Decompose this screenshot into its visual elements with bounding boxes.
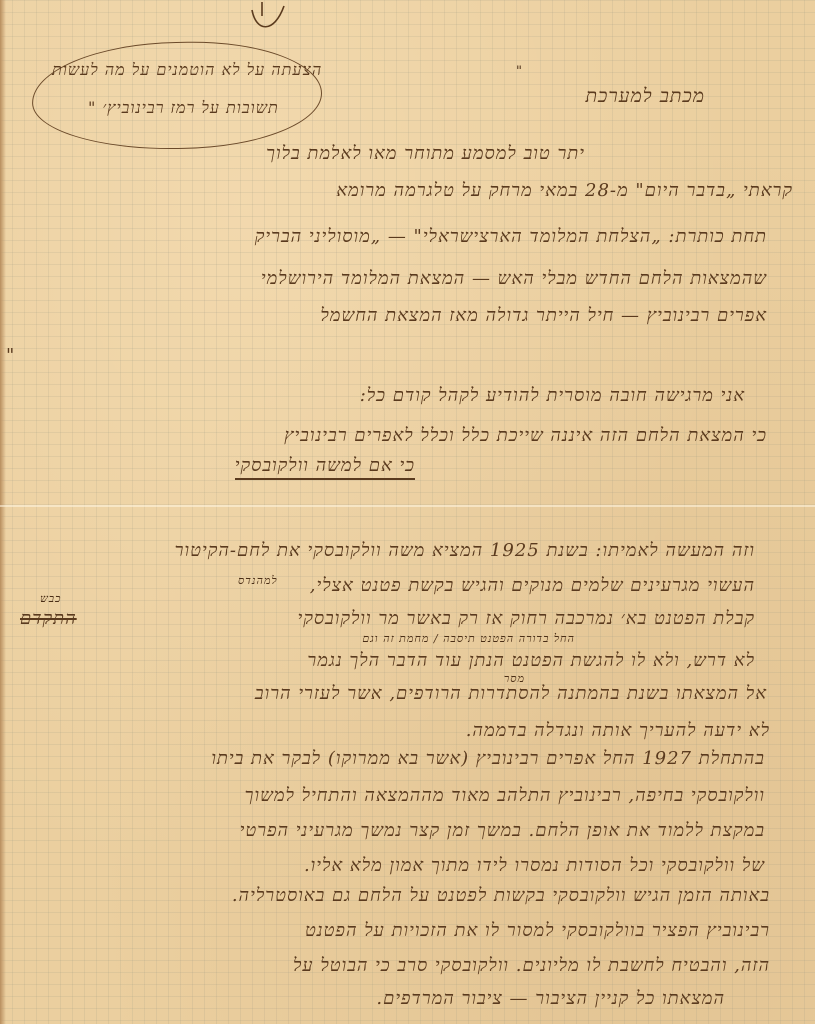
paper-edge-shadow xyxy=(0,0,6,1024)
line-11: העשוי מגרעינים שלמים מנוקים והגיש בקשת פ… xyxy=(310,575,755,596)
line-2: קראתי „בדבר היום" מ-28 במאי מרחק על טלגר… xyxy=(336,180,793,201)
line-12: קבלת הפטנט בא׳ נמרכבה רחוק אז רק באשר מר… xyxy=(297,608,755,629)
line-14: אל המצאתו בשנת בהמתנה להסתדרות הרודפים, … xyxy=(255,683,767,704)
line-6: " xyxy=(6,345,15,366)
line-9-signature-name: כי אם למשה וולקובסקי xyxy=(235,455,415,480)
line-7: אני מרגישה חובה מוסרית להודיע לקהל קודם … xyxy=(360,385,745,406)
margin-note-11: למהנדס xyxy=(238,574,278,587)
letter-title: מכתב למערכת xyxy=(586,85,705,108)
line-16: בהתחלת 1927 החל אפרים רבינוביץ (אשר בא מ… xyxy=(211,748,765,769)
margin-note-12: כבש xyxy=(40,592,61,605)
line-17: וולקובסקי בחיפה, רבינוביץ התלהב מאוד מהה… xyxy=(245,785,765,806)
line-15: לא ידעה להעריך אותה ונגדלה בדממה. xyxy=(466,720,770,741)
line-3: תחת כותרת: „הצלחת המלומד הארצישראלי" — „… xyxy=(255,226,767,247)
line-23: המצאתו כל קניין הציבור — ציבור המרדפים. xyxy=(376,988,725,1009)
line-5: אפרים רבינוביץ — חיל הייתר גדולה מאז המצ… xyxy=(320,305,767,326)
circled-note-line-1: הצעתה על לא הוטמנים על מה לעשות xyxy=(52,60,322,80)
line-13: לא דרש, ולא לו להגשת הפטנט הנתן עוד הדבר… xyxy=(307,650,755,671)
line-4: שהמצאות הלחם החדש מבלי האש — המצאת המלומ… xyxy=(261,268,767,289)
struck-word-12: התקדם xyxy=(20,608,77,629)
line-21: רבינוביץ הפציר בוולקובסקי למסור לו את הז… xyxy=(305,920,770,941)
circled-note-line-2: תשובות על רמז רבינוביץ׳ " xyxy=(88,98,279,118)
line-19: של וולקובסקי וכל הסודות נמסרו לידו מתוך … xyxy=(304,855,765,876)
line-10: וזה המעשה לאמיתו: בשנת 1925 המציא משה וו… xyxy=(175,540,755,561)
line-18: במקצת ללמוד את אופן הלחם. במשך זמן קצר נ… xyxy=(240,820,765,841)
line-1: יתר טוב למסמע מתוחר מאו לאלמת בלוך xyxy=(266,143,585,164)
line-22: הזה, והבטיח לחשבת לו מליונים. וולקובסקי … xyxy=(293,955,770,976)
page-number-mark xyxy=(248,2,288,38)
line-20: באותה הזמן הגיש וולקובסקי בקשות לפטנט על… xyxy=(232,885,770,906)
title-quote-mark: " xyxy=(516,64,523,79)
interlinear-note-13: החל בדורה הפטנט תיסבה / מחמת זה וגם xyxy=(362,632,575,645)
paper-fold-line xyxy=(0,505,815,507)
line-8: כי המצאת הלחם הזה איננה שייכת כלל וכלל ל… xyxy=(284,425,767,446)
